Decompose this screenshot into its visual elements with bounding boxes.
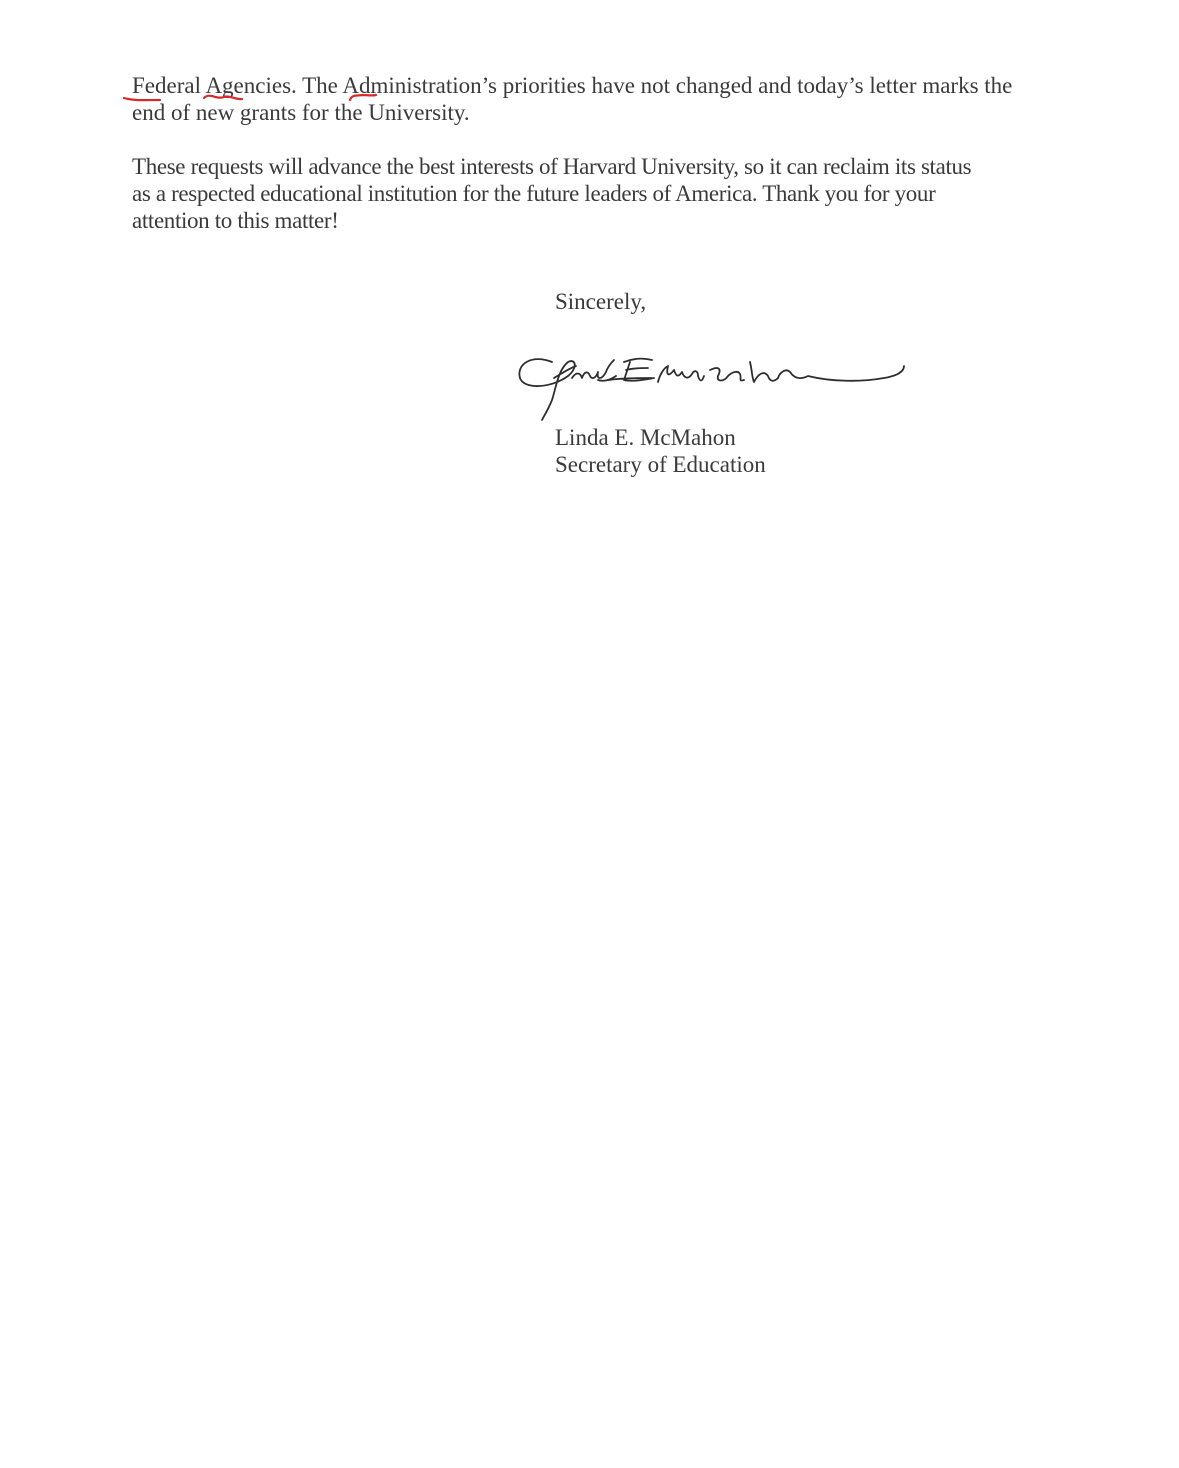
paragraph-closing-remarks: These requests will advance the best int…	[132, 153, 1052, 234]
signer-name: Linda E. McMahon	[555, 424, 736, 451]
closing-salutation: Sincerely,	[555, 288, 646, 315]
paragraph-line: as a respected educational institution f…	[132, 180, 1052, 207]
letter-page: Federal Agencies. The Administration’s p…	[0, 0, 1179, 1468]
paragraph-line: end of new grants for the University.	[132, 99, 1052, 126]
paragraph-line: These requests will advance the best int…	[132, 153, 1052, 180]
paragraph-line: Federal Agencies. The Administration’s p…	[132, 72, 1052, 99]
paragraph-grants-ending: Federal Agencies. The Administration’s p…	[132, 72, 1052, 126]
handwritten-signature-icon	[512, 348, 912, 423]
paragraph-line: attention to this matter!	[132, 207, 1052, 234]
signer-title: Secretary of Education	[555, 451, 766, 478]
